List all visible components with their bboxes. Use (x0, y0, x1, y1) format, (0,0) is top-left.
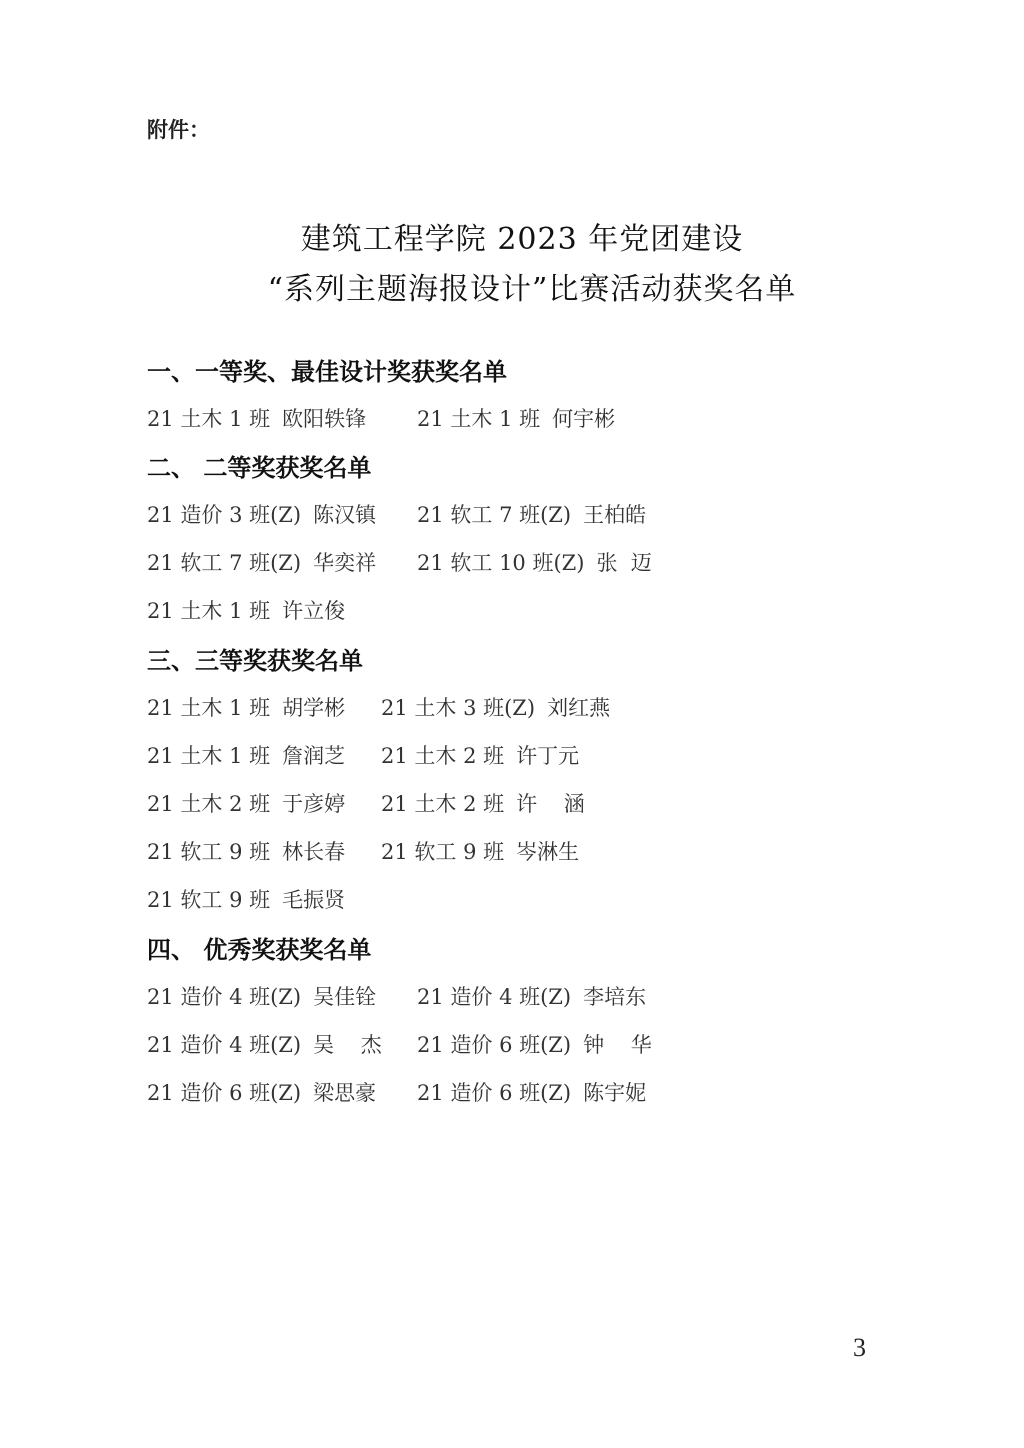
class-name: 21 软工 9 班 (381, 840, 504, 864)
student-name: 毛振贤 (282, 888, 345, 912)
student-name: 于彦婷 (282, 792, 345, 816)
section-heading-first-prize: 一、一等奖、最佳设计奖获奖名单 (147, 352, 507, 387)
student-name: 李培东 (583, 985, 646, 1009)
class-name: 21 造价 6 班(Z) (417, 1033, 571, 1057)
student-name: 梁思豪 (313, 1081, 376, 1105)
award-row: 21 造价 4 班(Z)吴佳铨 21 造价 4 班(Z)李培东 (147, 981, 174, 1011)
award-entry: 21 造价 6 班(Z)梁思豪 (147, 1077, 376, 1107)
class-name: 21 土木 1 班 (147, 599, 270, 623)
student-name: 胡学彬 (282, 696, 345, 720)
student-name: 王柏皓 (583, 503, 646, 527)
award-entry: 21 土木 2 班许 涵 (381, 788, 585, 818)
award-entry: 21 土木 1 班詹润芝 (147, 740, 345, 770)
award-entry: 21 软工 9 班岑淋生 (381, 836, 579, 866)
class-name: 21 土木 3 班(Z) (381, 696, 535, 720)
class-name: 21 土木 1 班 (417, 407, 540, 431)
student-name: 许丁元 (516, 744, 579, 768)
award-entry: 21 软工 9 班林长春 (147, 836, 345, 866)
class-name: 21 造价 4 班(Z) (417, 985, 571, 1009)
award-entry: 21 造价 4 班(Z)吴佳铨 (147, 981, 376, 1011)
award-row: 21 软工 9 班林长春 21 软工 9 班岑淋生 (147, 836, 174, 866)
class-name: 21 软工 10 班(Z) (417, 551, 584, 575)
award-entry: 21 造价 6 班(Z)陈宇妮 (417, 1077, 646, 1107)
award-row: 21 土木 1 班詹润芝 21 土木 2 班许丁元 (147, 740, 174, 770)
student-name: 陈宇妮 (583, 1081, 646, 1105)
section-heading-excellence-award: 四、 优秀奖获奖名单 (147, 930, 371, 965)
class-name: 21 造价 6 班(Z) (147, 1081, 301, 1105)
class-name: 21 软工 7 班(Z) (417, 503, 571, 527)
student-name: 吴佳铨 (313, 985, 376, 1009)
document-title-line1: 建筑工程学院 2023 年党团建设 (10, 214, 1024, 258)
award-entry: 21 造价 4 班(Z)吴 杰 (147, 1029, 382, 1059)
award-entry: 21 造价 4 班(Z)李培东 (417, 981, 646, 1011)
award-entry: 21 软工 10 班(Z)张 迈 (417, 547, 652, 577)
award-row: 21 造价 4 班(Z)吴 杰 21 造价 6 班(Z)钟 华 (147, 1029, 174, 1059)
award-entry: 21 土木 1 班胡学彬 (147, 692, 345, 722)
student-name: 陈汉镇 (313, 503, 376, 527)
award-entry: 21 软工 7 班(Z)王柏皓 (417, 499, 646, 529)
student-name: 吴 杰 (313, 1033, 382, 1057)
award-row: 21 造价 3 班(Z)陈汉镇 21 软工 7 班(Z)王柏皓 (147, 499, 174, 529)
section-heading-second-prize: 二、 二等奖获奖名单 (147, 448, 371, 483)
student-name: 张 迈 (596, 551, 651, 575)
student-name: 钟 华 (583, 1033, 652, 1057)
attachment-label: 附件： (147, 114, 210, 144)
award-row: 21 造价 6 班(Z)梁思豪 21 造价 6 班(Z)陈宇妮 (147, 1077, 174, 1107)
award-row: 21 土木 2 班于彦婷 21 土木 2 班许 涵 (147, 788, 174, 818)
section-heading-third-prize: 三、三等奖获奖名单 (147, 641, 363, 676)
award-entry: 21 软工 9 班毛振贤 (147, 884, 345, 914)
class-name: 21 造价 4 班(Z) (147, 1033, 301, 1057)
award-row: 21 土木 1 班胡学彬 21 土木 3 班(Z)刘红燕 (147, 692, 174, 722)
document-title-line2: “系列主题海报设计”比赛活动获奖名单 (20, 264, 1024, 308)
class-name: 21 土木 2 班 (381, 792, 504, 816)
class-name: 21 土木 2 班 (381, 744, 504, 768)
award-entry: 21 土木 2 班于彦婷 (147, 788, 345, 818)
student-name: 林长春 (282, 840, 345, 864)
student-name: 刘红燕 (547, 696, 610, 720)
award-entry: 21 土木 2 班许丁元 (381, 740, 579, 770)
award-row: 21 土木 1 班许立俊 (147, 595, 174, 625)
class-name: 21 土木 1 班 (147, 696, 270, 720)
award-entry: 21 造价 6 班(Z)钟 华 (417, 1029, 652, 1059)
class-name: 21 软工 9 班 (147, 840, 270, 864)
class-name: 21 土木 1 班 (147, 744, 270, 768)
award-row: 21 软工 7 班(Z)华奕祥 21 软工 10 班(Z)张 迈 (147, 547, 174, 577)
award-row: 21 软工 9 班毛振贤 (147, 884, 174, 914)
student-name: 詹润芝 (282, 744, 345, 768)
class-name: 21 土木 2 班 (147, 792, 270, 816)
award-row: 21 土木 1 班欧阳轶锋 21 土木 1 班何宇彬 (147, 403, 174, 433)
student-name: 欧阳轶锋 (282, 407, 366, 431)
award-entry: 21 软工 7 班(Z)华奕祥 (147, 547, 376, 577)
award-entry: 21 土木 1 班欧阳轶锋 (147, 403, 366, 433)
class-name: 21 造价 4 班(Z) (147, 985, 301, 1009)
award-entry: 21 土木 1 班许立俊 (147, 595, 345, 625)
award-entry: 21 造价 3 班(Z)陈汉镇 (147, 499, 376, 529)
award-entry: 21 土木 3 班(Z)刘红燕 (381, 692, 610, 722)
class-name: 21 造价 3 班(Z) (147, 503, 301, 527)
class-name: 21 软工 9 班 (147, 888, 270, 912)
class-name: 21 土木 1 班 (147, 407, 270, 431)
student-name: 华奕祥 (313, 551, 376, 575)
student-name: 何宇彬 (552, 407, 615, 431)
class-name: 21 造价 6 班(Z) (417, 1081, 571, 1105)
student-name: 许 涵 (516, 792, 585, 816)
class-name: 21 软工 7 班(Z) (147, 551, 301, 575)
award-entry: 21 土木 1 班何宇彬 (417, 403, 615, 433)
student-name: 许立俊 (282, 599, 345, 623)
page-number: 3 (853, 1333, 866, 1363)
student-name: 岑淋生 (516, 840, 579, 864)
